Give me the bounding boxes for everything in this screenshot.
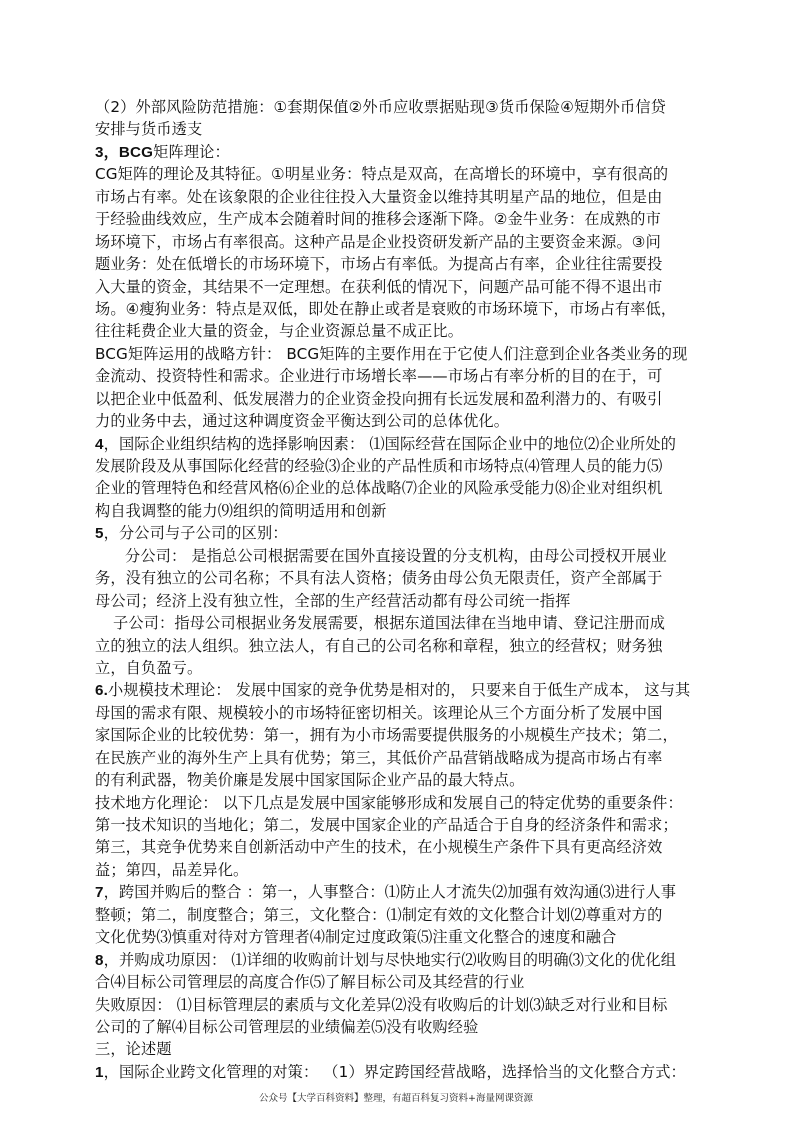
section-number: 1: [95, 1064, 104, 1081]
text-line: 文化优势⑶慎重对待对方管理者⑷制定过度政策⑸注重文化整合的速度和融合: [95, 926, 705, 948]
section-number: 7: [95, 884, 104, 901]
text-line: 企业的管理特色和经营风格⑹企业的总体战略⑺企业的风险承受能力⑻企业对组织机: [95, 477, 705, 499]
section-heading-line: 4，国际企业组织结构的选择影响因素： ⑴国际经营在国际企业中的地位⑵企业所处的: [95, 433, 705, 455]
line-text: 市场占有率。处在该象限的企业往往投入大量资金以维持其明星产品的地位，但是由: [95, 188, 663, 206]
section-heading-line: 7，跨国并购后的整合 ：第一，人事整合：⑴防止人才流失⑵加强有效沟通⑶进行人事: [95, 881, 705, 903]
section-number: 5: [95, 525, 104, 542]
text-line: 母公司；经济上没有独立性，全部的生产经营活动都有母公司统一指挥: [95, 590, 705, 612]
line-text: 于经验曲线效应，生产成本会随着时间的推移会逐渐下降。②金牛业务：在成熟的市: [95, 210, 661, 228]
line-text: 矩阵理论：: [153, 143, 230, 161]
text-line: 于经验曲线效应，生产成本会随着时间的推移会逐渐下降。②金牛业务：在成熟的市: [95, 208, 705, 230]
line-text: 立，自负盈亏。: [95, 659, 202, 677]
line-text: 第一技术知识的当地化；第二，发展中国家企业的产品适合于自身的经济条件和需求；: [95, 816, 678, 834]
text-line: 入大量的资金，其结果不一定理想。在获利低的情况下，问题产品可能不得不退出市: [95, 276, 705, 298]
line-text: 母国的需求有限、规模较小的市场特征密切相关。该理论从三个方面分析了发展中国: [95, 704, 663, 722]
line-text: 公司的了解⑷目标公司管理层的业绩偏差⑸没有收购经验: [95, 1018, 478, 1036]
line-text: 力的业务中去，通过这种调度资金平衡达到公司的总体优化。: [95, 412, 509, 430]
text-line: 题业务：处在低增长的市场环境下，市场占有率低。为提高占有率，企业往往需要投: [95, 253, 705, 275]
section-number: 3，BCG: [95, 144, 153, 161]
text-line: 以把企业中低盈利、低发展潜力的企业资金投向拥有长远发展和盈利潜力的、有吸引: [95, 388, 705, 410]
section-number: 6.: [95, 682, 108, 699]
line-text: 合⑷目标公司管理层的高度合作⑸了解目标公司及其经营的行业: [95, 973, 524, 991]
line-text: 失败原因： ⑴目标管理层的素质与文化差异⑵没有收购后的计划⑶缺乏对行业和目标: [95, 996, 667, 1014]
text-line: 家国际企业的比较优势：第一，拥有为小市场需要提供服务的小规模生产技术；第二，: [95, 724, 705, 746]
line-text: 第三，其竞争优势来自创新活动中产生的技术，在小规模生产条件下具有更高经济效: [95, 838, 663, 856]
text-line: 益；第四，品差异化。: [95, 859, 705, 881]
line-text: 文化优势⑶慎重对待对方管理者⑷制定过度政策⑸注重文化整合的速度和融合: [95, 928, 616, 946]
text-line: 构自我调整的能力⑼组织的简明适用和创新: [95, 500, 705, 522]
text-line: 整顿；第二，制度整合；第三，文化整合：⑴制定有效的文化整合计划⑵尊重对方的: [95, 904, 705, 926]
text-line: 公司的了解⑷目标公司管理层的业绩偏差⑸没有收购经验: [95, 1016, 705, 1038]
text-line: 第三，其竞争优势来自创新活动中产生的技术，在小规模生产条件下具有更高经济效: [95, 836, 705, 858]
line-text: 母公司；经济上没有独立性，全部的生产经营活动都有母公司统一指挥: [95, 592, 570, 610]
text-line: CG矩阵的理论及其特征。①明星业务：特点是双高，在高增长的环境中，享有很高的: [95, 163, 705, 185]
text-line: 在民族产业的海外生产上具有优势；第三，其低价产品营销战略成为提高市场占有率: [95, 747, 705, 769]
text-line: 市场占有率。处在该象限的企业往往投入大量资金以维持其明星产品的地位，但是由: [95, 186, 705, 208]
text-line: 场。④瘦狗业务：特点是双低，即处在静止或者是衰败的市场环境下，市场占有率低，: [95, 298, 705, 320]
document-body: （2）外部风险防范措施：①套期保值②外币应收票据贴现③货币保险④短期外币信贷安排…: [95, 96, 705, 1083]
document-page: （2）外部风险防范措施：①套期保值②外币应收票据贴现③货币保险④短期外币信贷安排…: [0, 0, 792, 1122]
line-text: 构自我调整的能力⑼组织的简明适用和创新: [95, 502, 386, 520]
line-text: CG矩阵的理论及其特征。①明星业务：特点是双高，在高增长的环境中，享有很高的: [95, 165, 668, 183]
line-text: 的有利武器，物美价廉是发展中国家国际企业产品的最大特点。: [95, 771, 524, 789]
line-text: 务，没有独立的公司名称；不具有法人资格；债务由母公负无限责任，资产全部属于: [95, 569, 663, 587]
line-text: 三，论述题: [95, 1040, 172, 1058]
text-line: 发展阶段及从事国际化经营的经验⑶企业的产品性质和市场特点⑷管理人员的能力⑸: [95, 455, 705, 477]
section-number: 4: [95, 436, 104, 453]
line-text: 以把企业中低盈利、低发展潜力的企业资金投向拥有长远发展和盈利潜力的、有吸引: [95, 390, 663, 408]
line-text: BCG矩阵运用的战略方针： BCG矩阵的主要作用在于它使人们注意到企业各类业务的…: [95, 345, 687, 363]
line-text: 入大量的资金，其结果不一定理想。在获利低的情况下，问题产品可能不得不退出市: [95, 278, 663, 296]
line-text: 题业务：处在低增长的市场环境下，市场占有率低。为提高占有率，企业往往需要投: [95, 255, 663, 273]
text-line: 分公司： 是指总公司根据需要在国外直接设置的分支机构，由母公司授权开展业: [95, 545, 705, 567]
line-text: 场环境下，市场占有率很高。这种产品是企业投资研发新产品的主要资金来源。③问: [95, 233, 661, 251]
section-heading-line: 5，分公司与子公司的区别：: [95, 522, 705, 544]
line-text: 立的独立的法人组织。独立法人，有自己的公司名称和章程，独立的经营权；财务独: [95, 637, 663, 655]
line-text: ，国际企业组织结构的选择影响因素： ⑴国际经营在国际企业中的地位⑵企业所处的: [104, 435, 676, 453]
text-line: 母国的需求有限、规模较小的市场特征密切相关。该理论从三个方面分析了发展中国: [95, 702, 705, 724]
section-heading-line: 3，BCG矩阵理论：: [95, 141, 705, 163]
line-text: ，国际企业跨文化管理的对策： （1）界定跨国经营战略，选择恰当的文化整合方式：: [104, 1063, 686, 1081]
line-text: ，跨国并购后的整合 ：第一，人事整合：⑴防止人才流失⑵加强有效沟通⑶进行人事: [104, 883, 676, 901]
text-line: 技术地方化理论： 以下几点是发展中国家能够形成和发展自己的特定优势的重要条件：: [95, 792, 705, 814]
line-text: 益；第四，品差异化。: [95, 861, 248, 879]
line-text: 子公司：指母公司根据业务发展需要，根据东道国法律在当地申请、登记注册而成: [113, 614, 665, 632]
section-heading-line: 8，并购成功原因： ⑴详细的收购前计划与尽快地实行⑵收购目的明确⑶文化的优化组: [95, 949, 705, 971]
line-text: 金流动、投资特性和需求。企业进行市场增长率——市场占有率分析的目的在于，可: [95, 367, 663, 385]
text-line: 第一技术知识的当地化；第二，发展中国家企业的产品适合于自身的经济条件和需求；: [95, 814, 705, 836]
section-heading-line: 1，国际企业跨文化管理的对策： （1）界定跨国经营战略，选择恰当的文化整合方式：: [95, 1061, 705, 1083]
line-text: 分公司： 是指总公司根据需要在国外直接设置的分支机构，由母公司授权开展业: [125, 547, 667, 565]
text-line: 场环境下，市场占有率很高。这种产品是企业投资研发新产品的主要资金来源。③问: [95, 231, 705, 253]
line-text: 小规模技术理论： 发展中国家的竞争优势是相对的， 只要来自于低生产成本， 这与其: [108, 681, 690, 699]
text-line: （2）外部风险防范措施：①套期保值②外币应收票据贴现③货币保险④短期外币信贷: [95, 96, 705, 118]
line-text: 在民族产业的海外生产上具有优势；第三，其低价产品营销战略成为提高市场占有率: [95, 749, 663, 767]
page-footer: 公众号【大学百科资料】整理，有超百科复习资料+海量网课资源: [0, 1090, 792, 1104]
text-line: 安排与货币透支: [95, 118, 705, 140]
text-line: 合⑷目标公司管理层的高度合作⑸了解目标公司及其经营的行业: [95, 971, 705, 993]
line-text: ，分公司与子公司的区别：: [104, 524, 288, 542]
line-text: ，并购成功原因： ⑴详细的收购前计划与尽快地实行⑵收购目的明确⑶文化的优化组: [104, 951, 676, 969]
text-line: 的有利武器，物美价廉是发展中国家国际企业产品的最大特点。: [95, 769, 705, 791]
text-line: 三，论述题: [95, 1038, 705, 1060]
line-text: 技术地方化理论： 以下几点是发展中国家能够形成和发展自己的特定优势的重要条件：: [95, 794, 683, 812]
line-text: 安排与货币透支: [95, 120, 202, 138]
text-line: 金流动、投资特性和需求。企业进行市场增长率——市场占有率分析的目的在于，可: [95, 365, 705, 387]
section-number: 8: [95, 952, 104, 969]
text-line: 立的独立的法人组织。独立法人，有自己的公司名称和章程，独立的经营权；财务独: [95, 635, 705, 657]
text-line: 立，自负盈亏。: [95, 657, 705, 679]
line-text: 发展阶段及从事国际化经营的经验⑶企业的产品性质和市场特点⑷管理人员的能力⑸: [95, 457, 663, 475]
section-heading-line: 6.小规模技术理论： 发展中国家的竞争优势是相对的， 只要来自于低生产成本， 这…: [95, 679, 705, 701]
text-line: BCG矩阵运用的战略方针： BCG矩阵的主要作用在于它使人们注意到企业各类业务的…: [95, 343, 705, 365]
text-line: 失败原因： ⑴目标管理层的素质与文化差异⑵没有收购后的计划⑶缺乏对行业和目标: [95, 994, 705, 1016]
line-text: 往往耗费企业大量的资金，与企业资源总量不成正比。: [95, 322, 463, 340]
text-line: 往往耗费企业大量的资金，与企业资源总量不成正比。: [95, 320, 705, 342]
text-line: 子公司：指母公司根据业务发展需要，根据东道国法律在当地申请、登记注册而成: [95, 612, 705, 634]
line-text: 家国际企业的比较优势：第一，拥有为小市场需要提供服务的小规模生产技术；第二，: [95, 726, 678, 744]
line-text: 企业的管理特色和经营风格⑹企业的总体战略⑺企业的风险承受能力⑻企业对组织机: [95, 479, 663, 497]
text-line: 力的业务中去，通过这种调度资金平衡达到公司的总体优化。: [95, 410, 705, 432]
line-text: 整顿；第二，制度整合；第三，文化整合：⑴制定有效的文化整合计划⑵尊重对方的: [95, 906, 663, 924]
line-text: （2）外部风险防范措施：①套期保值②外币应收票据贴现③货币保险④短期外币信贷: [95, 98, 666, 116]
text-line: 务，没有独立的公司名称；不具有法人资格；债务由母公负无限责任，资产全部属于: [95, 567, 705, 589]
line-text: 场。④瘦狗业务：特点是双低，即处在静止或者是衰败的市场环境下，市场占有率低，: [95, 300, 676, 318]
